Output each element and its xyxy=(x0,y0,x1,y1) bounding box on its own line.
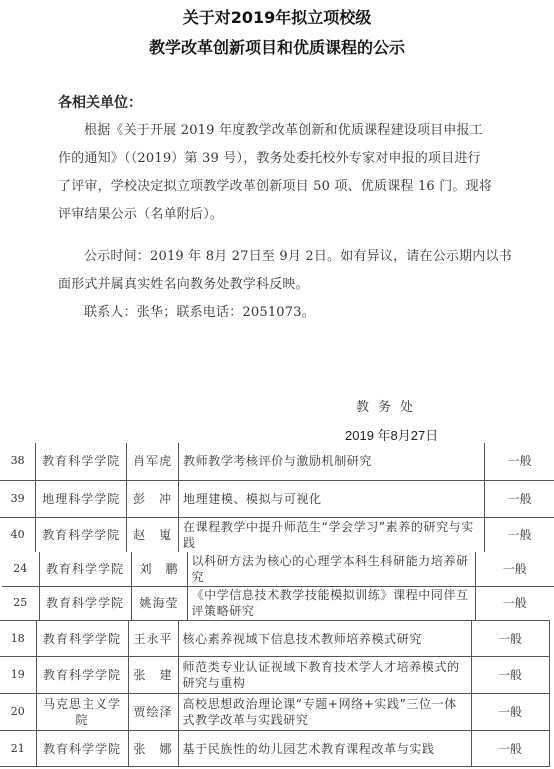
project-table-segment-c: 18 教育科学学院 王永平 核心素养视域下信息技术教师培养模式研究 一般 19 … xyxy=(0,620,550,767)
project-level: 一般 xyxy=(485,480,554,517)
project-title: 师范类专业认证视域下教育技术学人才培养模式的研究与重构 xyxy=(178,657,471,694)
table-row: 38 教育科学学院 肖军虎 教师教学考核评价与激励机制研究 一般 xyxy=(0,443,554,480)
project-title: 以科研方法为核心的心理学本科生科研能力培养研究 xyxy=(187,552,475,586)
paragraph-announcement: 根据《关于开展 2019 年度教学改革创新和优质课程建设项目申报工 作的通知》（… xyxy=(58,117,468,229)
project-department: 教育科学学院 xyxy=(39,586,131,620)
project-leader: 王永平 xyxy=(128,621,178,657)
project-title: 基于民族性的幼儿园艺术教育课程改革与实践 xyxy=(178,731,471,767)
paragraph-line: 公示时间：2019 年 8月 27日至 9月 2日。如有异议，请在公示期内以书 xyxy=(58,243,468,271)
table-row: 24 教育科学学院 刘 鹏 以科研方法为核心的心理学本科生科研能力培养研究 一般 xyxy=(2,552,554,586)
project-title: 在课程教学中提升师范生“学会学习”素养的研究与实践 xyxy=(179,517,485,552)
project-leader: 彭 冲 xyxy=(127,480,179,517)
table-row: 40 教育科学学院 赵 嵬 在课程教学中提升师范生“学会学习”素养的研究与实践 … xyxy=(0,517,554,552)
notice-title-line-2: 教学改革创新项目和优质课程的公示 xyxy=(0,35,554,58)
project-level: 一般 xyxy=(475,552,554,586)
table-row: 19 教育科学学院 张 建 师范类专业认证视域下教育技术学人才培养模式的研究与重… xyxy=(0,657,549,694)
paragraph-line: 作的通知》（（2019）第 39 号），教务处委托校外专家对申报的项目进行 xyxy=(58,145,468,173)
project-title: 核心素养视域下信息技术教师培养模式研究 xyxy=(178,621,471,657)
project-number: 18 xyxy=(0,621,36,657)
project-level: 一般 xyxy=(471,657,549,694)
project-level: 一般 xyxy=(471,731,549,767)
paragraph-line: 评审结果公示（名单附后）。 xyxy=(58,201,468,229)
project-department: 地理科学学院 xyxy=(36,480,127,517)
project-number: 24 xyxy=(2,552,39,586)
project-table-segment-a: 38 教育科学学院 肖军虎 教师教学考核评价与激励机制研究 一般 39 地理科学… xyxy=(0,443,554,552)
notice-title-line-1: 关于对2019年拟立项校级 xyxy=(0,5,554,28)
project-leader: 肖军虎 xyxy=(127,443,179,480)
project-number: 40 xyxy=(0,517,36,552)
table-row: 21 教育科学学院 张 娜 基于民族性的幼儿园艺术教育课程改革与实践 一般 xyxy=(0,731,549,767)
project-number: 19 xyxy=(0,657,36,694)
project-level: 一般 xyxy=(485,443,554,480)
project-number: 20 xyxy=(0,694,36,731)
paragraph-contact: 联系人：张华；联系电话：2051073。 xyxy=(58,299,468,327)
project-level: 一般 xyxy=(471,694,549,731)
project-leader: 姚海莹 xyxy=(131,586,187,620)
project-number: 39 xyxy=(0,480,36,517)
project-leader: 贾绘泽 xyxy=(128,694,178,731)
table-row: 25 教育科学学院 姚海莹 《中学信息技术教学技能模拟训练》课程中同伴互评策略研… xyxy=(2,586,554,620)
table-row: 18 教育科学学院 王永平 核心素养视域下信息技术教师培养模式研究 一般 xyxy=(0,621,549,657)
project-department: 教育科学学院 xyxy=(36,731,128,767)
project-leader: 刘 鹏 xyxy=(131,552,187,586)
project-level: 一般 xyxy=(485,517,554,552)
project-department: 教育科学学院 xyxy=(36,443,127,480)
paragraph-line: 根据《关于开展 2019 年度教学改革创新和优质课程建设项目申报工 xyxy=(58,117,468,145)
project-table-segment-b: 24 教育科学学院 刘 鹏 以科研方法为核心的心理学本科生科研能力培养研究 一般… xyxy=(2,552,554,620)
project-level: 一般 xyxy=(471,621,549,657)
project-department: 教育科学学院 xyxy=(36,621,128,657)
project-department: 教育科学学院 xyxy=(36,657,128,694)
project-title: 地理建模、模拟与可视化 xyxy=(179,480,485,517)
paragraph-line: 面形式并属真实姓名向教务处教学科反映。 xyxy=(58,271,468,299)
project-leader: 张 娜 xyxy=(128,731,178,767)
project-number: 21 xyxy=(0,731,36,767)
signature-organization: 教务处 xyxy=(356,396,422,415)
paragraph-line: 了评审，学校决定拟立项教学改革创新项目 50 项、优质课程 16 门。现将 xyxy=(58,173,468,201)
project-leader: 赵 嵬 xyxy=(127,517,179,552)
project-number: 38 xyxy=(0,443,36,480)
project-department: 马克思主义学院 xyxy=(36,694,128,731)
project-department: 教育科学学院 xyxy=(39,552,131,586)
table-row: 39 地理科学学院 彭 冲 地理建模、模拟与可视化 一般 xyxy=(0,480,554,517)
table-row: 20 马克思主义学院 贾绘泽 高校思想政治理论课“专题+网络+实践”三位一体式教… xyxy=(0,694,549,731)
project-title: 《中学信息技术教学技能模拟训练》课程中同伴互评策略研究 xyxy=(187,586,475,620)
project-level: 一般 xyxy=(475,586,554,620)
project-leader: 张 建 xyxy=(128,657,178,694)
contact-info: 联系人：张华；联系电话：2051073。 xyxy=(58,299,468,327)
project-title: 高校思想政治理论课“专题+网络+实践”三位一体式教学改革与实践研究 xyxy=(178,694,471,731)
signature-date: 2019 年8月27日 xyxy=(345,425,438,444)
project-department: 教育科学学院 xyxy=(36,517,127,552)
project-title: 教师教学考核评价与激励机制研究 xyxy=(179,443,485,480)
salutation: 各相关单位： xyxy=(58,92,142,112)
project-number: 25 xyxy=(2,586,39,620)
paragraph-publicity-period: 公示时间：2019 年 8月 27日至 9月 2日。如有异议，请在公示期内以书 … xyxy=(58,243,468,299)
